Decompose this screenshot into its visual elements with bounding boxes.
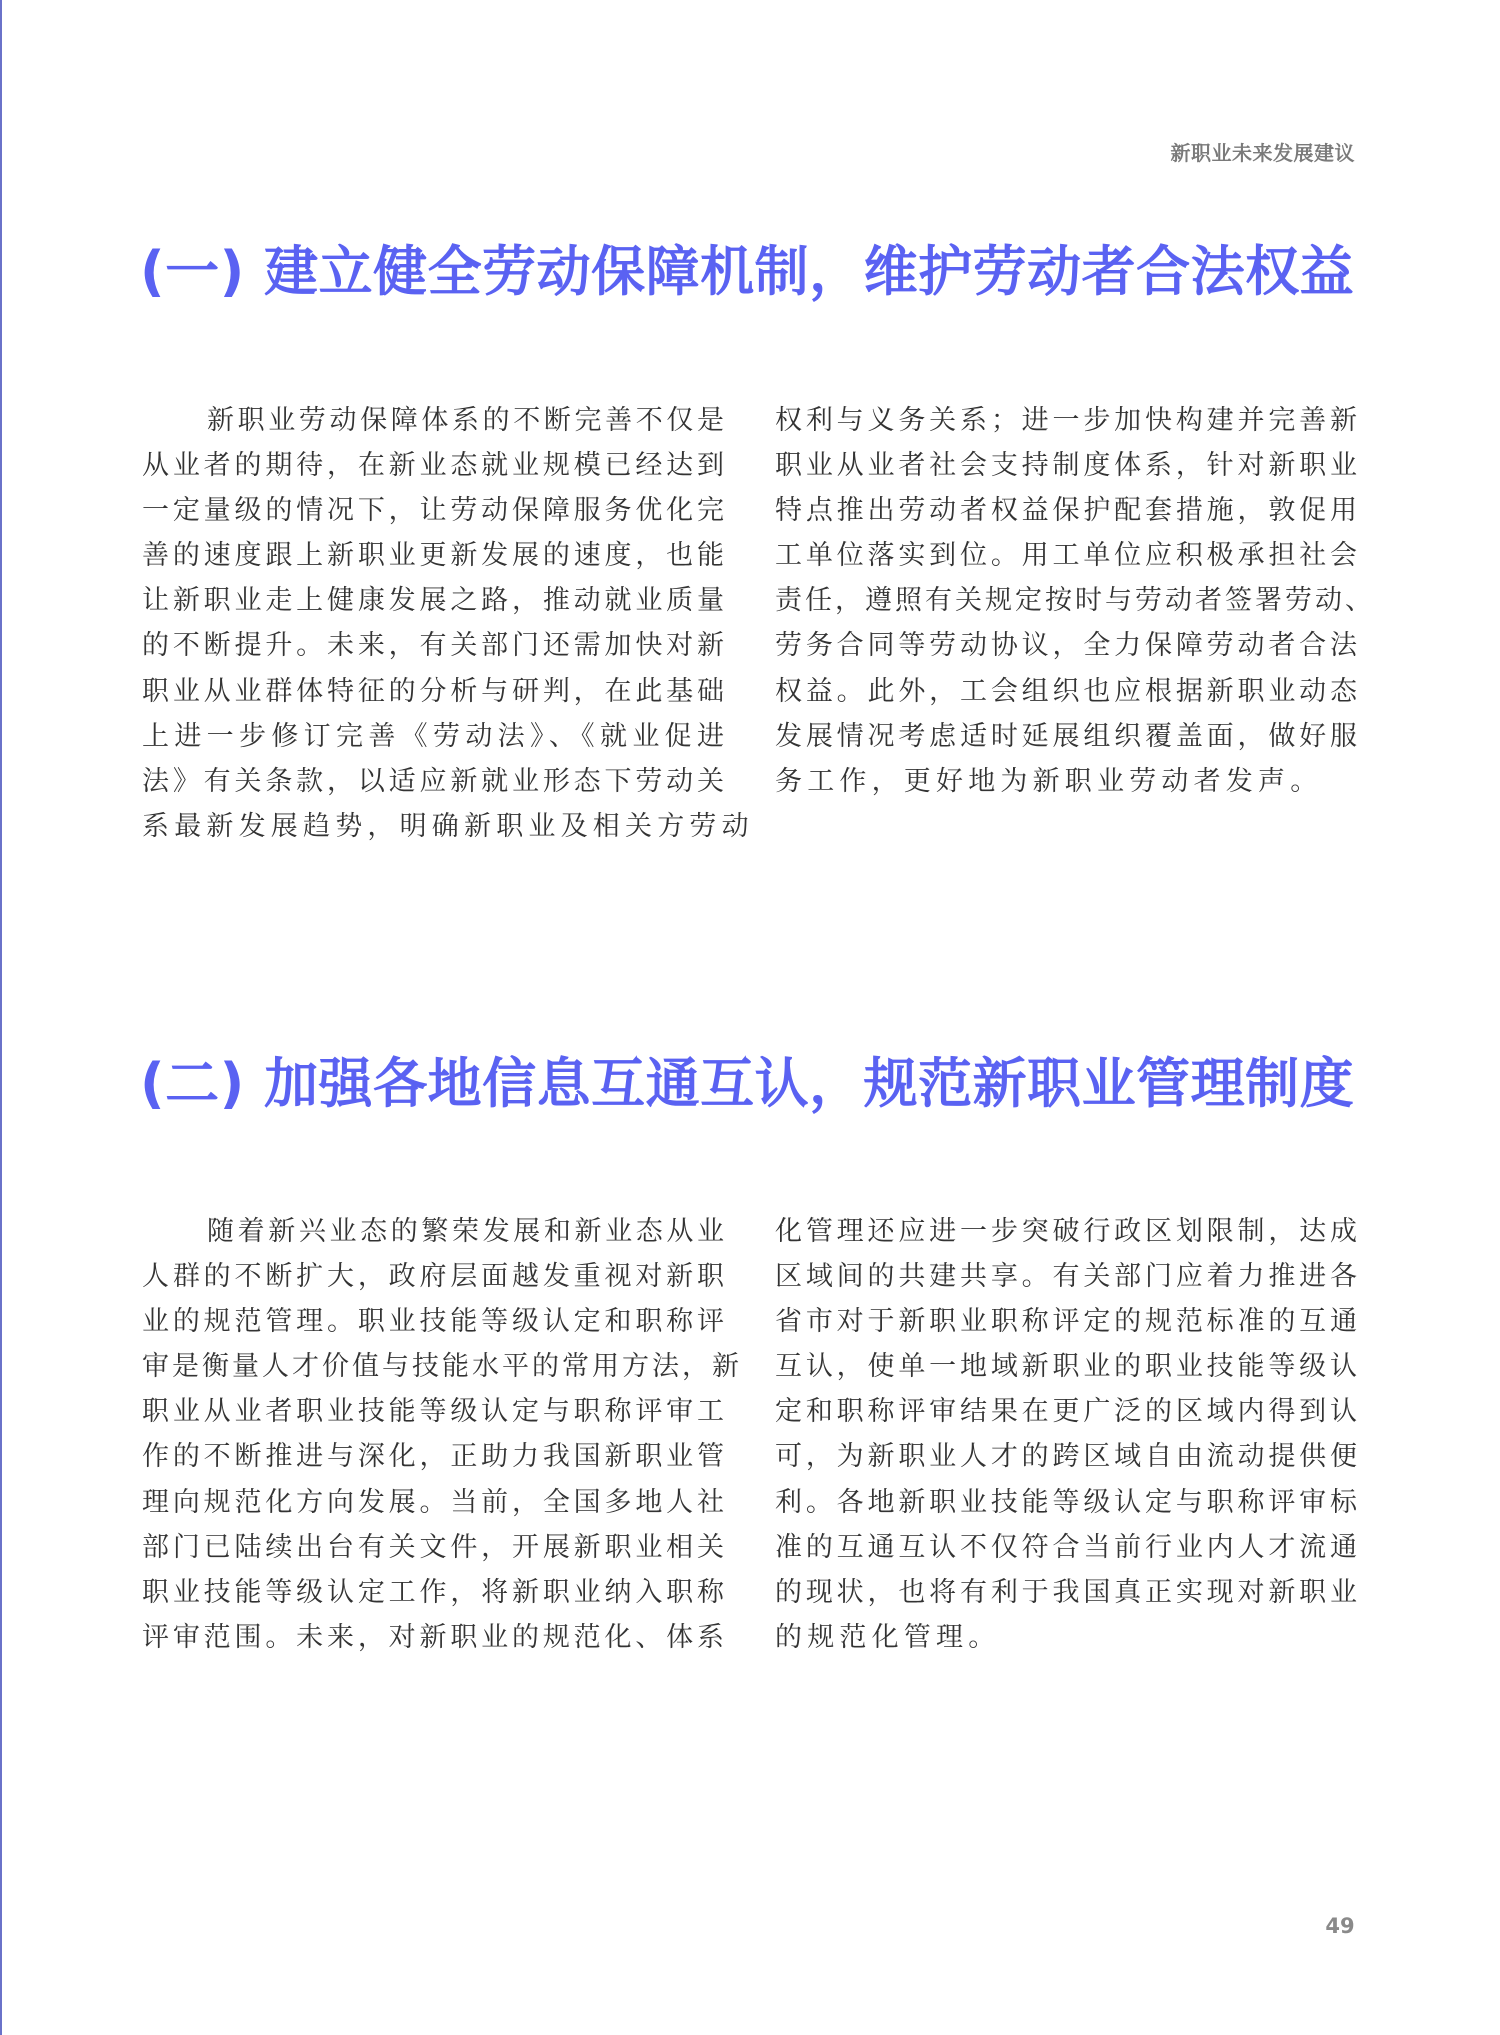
paragraph-line: 系最新发展趋势，明确新职业及相关方劳动 xyxy=(142,804,727,849)
section-2-right-column: 化管理还应进一步突破行政区划限制，达成 区域间的共建共享。有关部门应着力推进各 … xyxy=(775,1209,1360,1660)
paragraph-line: 可，为新职业人才的跨区域自由流动提供便 xyxy=(775,1434,1360,1479)
paragraph-line: 上进一步修订完善《劳动法》、《就业促进 xyxy=(142,714,727,759)
paragraph-line: 工单位落实到位。用工单位应积极承担社会 xyxy=(775,533,1360,578)
section-title-1: (一) 建立健全劳动保障机制，维护劳动者合法权益 xyxy=(140,240,1360,304)
paragraph-line: 的现状，也将有利于我国真正实现对新职业 xyxy=(775,1570,1360,1615)
paragraph-line: 权利与义务关系；进一步加快构建并完善新 xyxy=(775,398,1360,443)
section-1-left-column: 新职业劳动保障体系的不断完善不仅是 从业者的期待，在新业态就业规模已经达到 一定… xyxy=(142,398,727,849)
paragraph-line: 让新职业走上健康发展之路，推动就业质量 xyxy=(142,578,727,623)
paragraph-line: 职业从业者社会支持制度体系，针对新职业 xyxy=(775,443,1360,488)
paragraph-line: 理向规范化方向发展。当前，全国多地人社 xyxy=(142,1480,727,1525)
paragraph-line: 人群的不断扩大，政府层面越发重视对新职 xyxy=(142,1254,727,1299)
paragraph-line: 化管理还应进一步突破行政区划限制，达成 xyxy=(775,1209,1360,1254)
paragraph-line: 利。各地新职业技能等级认定与职称评审标 xyxy=(775,1480,1360,1525)
paragraph-line: 责任，遵照有关规定按时与劳动者签署劳动、 xyxy=(775,578,1360,623)
paragraph-line: 随着新兴业态的繁荣发展和新业态从业 xyxy=(142,1209,727,1254)
running-header: 新职业未来发展建议 xyxy=(1150,140,1355,166)
paragraph-line: 的不断提升。未来，有关部门还需加快对新 xyxy=(142,623,727,668)
paragraph-line: 审是衡量人才价值与技能水平的常用方法，新 xyxy=(142,1344,727,1389)
paragraph-line: 区域间的共建共享。有关部门应着力推进各 xyxy=(775,1254,1360,1299)
paragraph-line: 发展情况考虑适时延展组织覆盖面，做好服 xyxy=(775,714,1360,759)
paragraph-line: 互认，使单一地域新职业的职业技能等级认 xyxy=(775,1344,1360,1389)
paragraph-line: 职业从业群体特征的分析与研判，在此基础 xyxy=(142,669,727,714)
paragraph-line: 从业者的期待，在新业态就业规模已经达到 xyxy=(142,443,727,488)
paragraph-line: 权益。此外，工会组织也应根据新职业动态 xyxy=(775,669,1360,714)
paragraph-line: 省市对于新职业职称评定的规范标准的互通 xyxy=(775,1299,1360,1344)
page-edge-rule xyxy=(0,0,2,2035)
paragraph-line: 劳务合同等劳动协议，全力保障劳动者合法 xyxy=(775,623,1360,668)
paragraph-line: 评审范围。未来，对新职业的规范化、体系 xyxy=(142,1615,727,1660)
paragraph-line: 职业技能等级认定工作，将新职业纳入职称 xyxy=(142,1570,727,1615)
paragraph-line: 作的不断推进与深化，正助力我国新职业管 xyxy=(142,1434,727,1479)
paragraph-line: 业的规范管理。职业技能等级认定和职称评 xyxy=(142,1299,727,1344)
paragraph-line: 定和职称评审结果在更广泛的区域内得到认 xyxy=(775,1389,1360,1434)
paragraph-line: 职业从业者职业技能等级认定与职称评审工 xyxy=(142,1389,727,1434)
section-1-right-column: 权利与义务关系；进一步加快构建并完善新 职业从业者社会支持制度体系，针对新职业 … xyxy=(775,398,1360,804)
paragraph-line: 善的速度跟上新职业更新发展的速度，也能 xyxy=(142,533,727,578)
section-title-2: (二) 加强各地信息互通互认，规范新职业管理制度 xyxy=(140,1052,1360,1116)
section-2-left-column: 随着新兴业态的繁荣发展和新业态从业 人群的不断扩大，政府层面越发重视对新职 业的… xyxy=(142,1209,727,1660)
paragraph-line: 一定量级的情况下，让劳动保障服务优化完 xyxy=(142,488,727,533)
paragraph-line: 特点推出劳动者权益保护配套措施，敦促用 xyxy=(775,488,1360,533)
paragraph-line: 的规范化管理。 xyxy=(775,1615,1360,1660)
paragraph-line: 法》有关条款，以适应新就业形态下劳动关 xyxy=(142,759,727,804)
paragraph-line: 准的互通互认不仅符合当前行业内人才流通 xyxy=(775,1525,1360,1570)
paragraph-line: 务工作，更好地为新职业劳动者发声。 xyxy=(775,759,1360,804)
paragraph-line: 新职业劳动保障体系的不断完善不仅是 xyxy=(142,398,727,443)
paragraph-line: 部门已陆续出台有关文件，开展新职业相关 xyxy=(142,1525,727,1570)
page-number: 49 xyxy=(1320,1912,1360,1940)
